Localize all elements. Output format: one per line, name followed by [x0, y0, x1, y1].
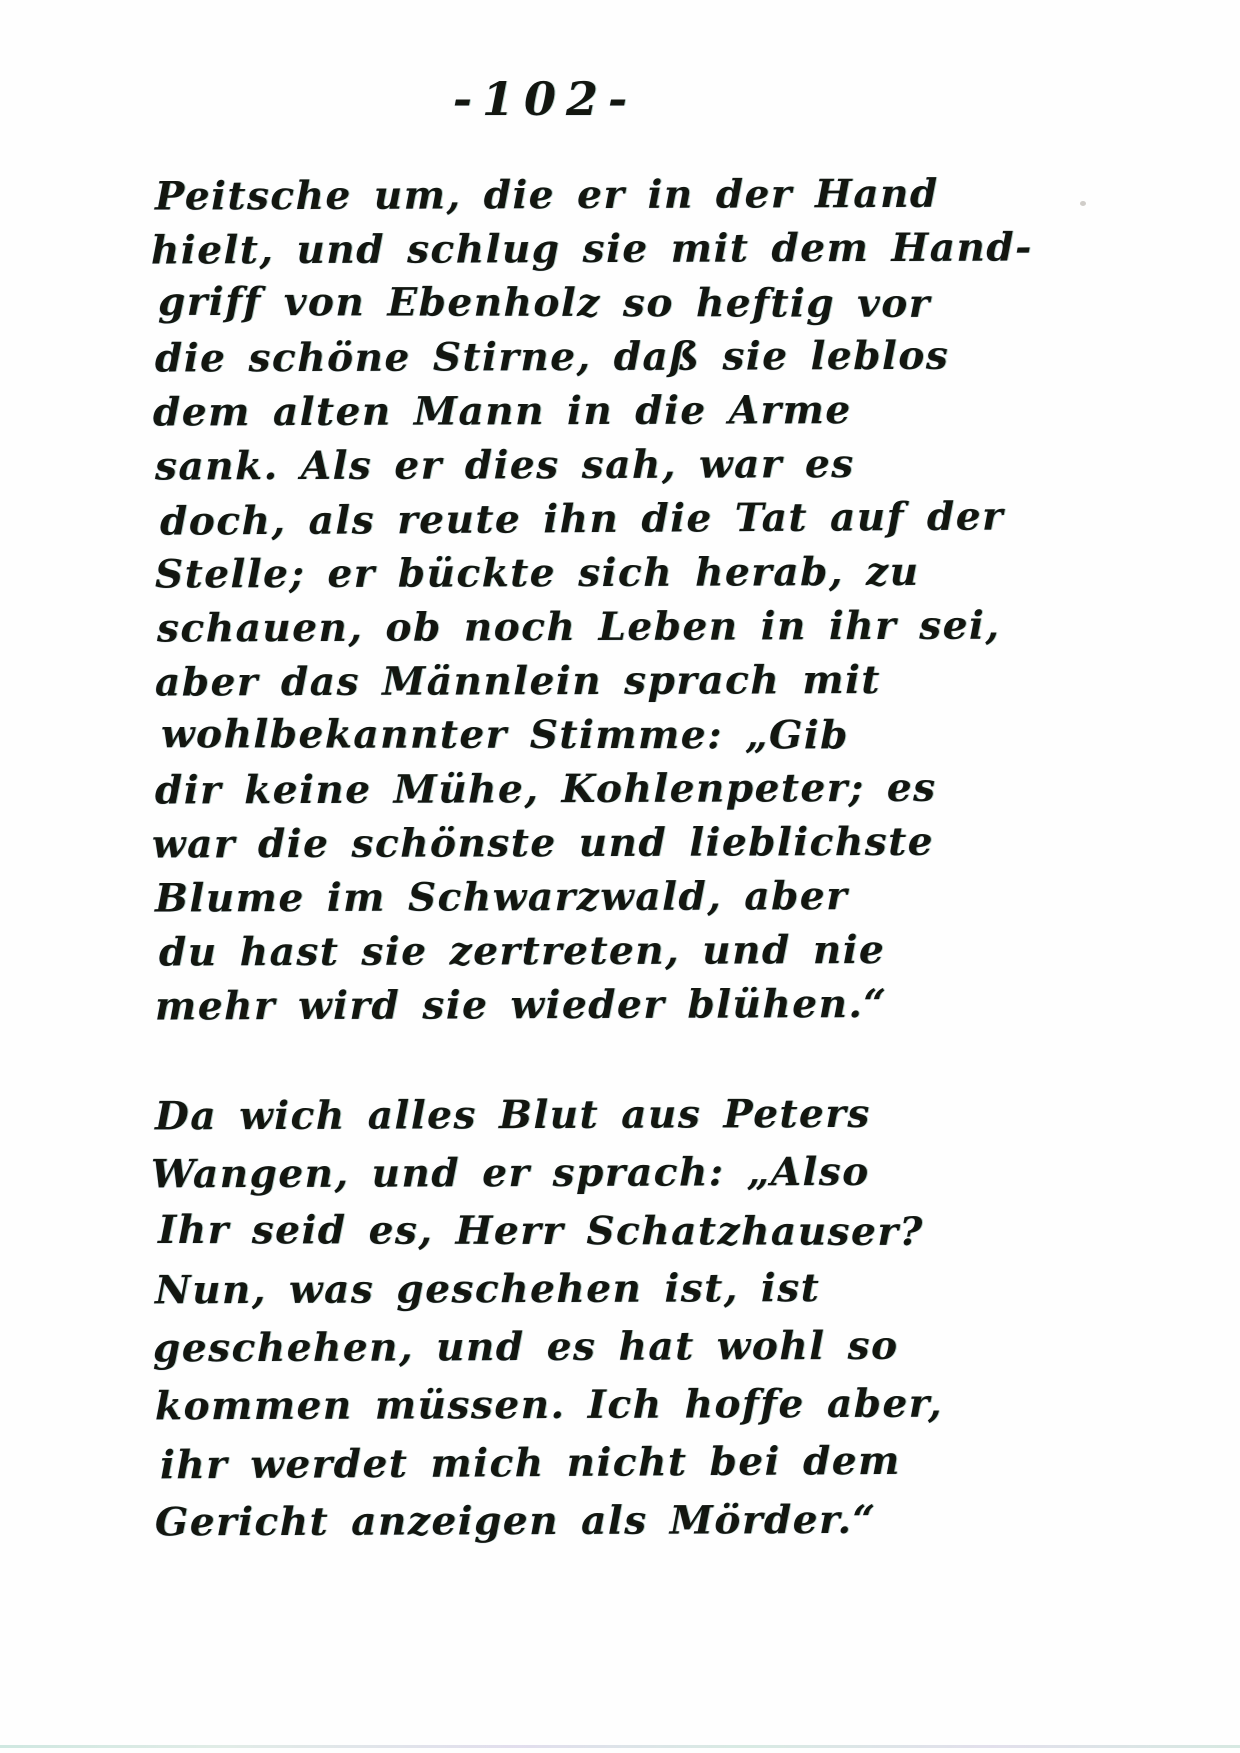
handwritten-line: Ihr seid es, Herr Schatzhauser? — [158, 1201, 943, 1261]
handwritten-line: dir keine Mühe, Kohlenpeter; es — [155, 760, 1033, 817]
handwritten-line: Peitsche um, die er in der Hand — [155, 166, 1033, 223]
handwritten-line: du hast sie zertreten, und nie — [159, 922, 1033, 979]
handwritten-line: Da wich alles Blut aus Peters — [155, 1085, 943, 1146]
handwritten-line: Stelle; er bückte sich herab, zu — [155, 544, 1033, 601]
handwritten-line: Gericht anzeigen als Mörder.“ — [155, 1491, 943, 1552]
handwritten-line: ihr werdet mich nicht bei dem — [160, 1432, 943, 1495]
handwritten-line: dem alten Mann in die Arme — [153, 382, 1033, 439]
dust-speck — [1080, 201, 1086, 206]
scanner-edge-artifact — [0, 1745, 1240, 1748]
handwritten-line: geschehen, und es hat wohl so — [153, 1317, 943, 1378]
handwritten-line: schauen, ob noch Leben in ihr sei, — [157, 598, 1033, 655]
handwritten-line: sank. Als er dies sah, war es — [155, 436, 1033, 493]
handwritten-line: Blume im Schwarzwald, aber — [155, 868, 1033, 925]
handwritten-line: hielt, und schlug sie mit dem Hand- — [151, 220, 1033, 277]
handwritten-line: war die schönste und lieblichste — [152, 814, 1033, 871]
paragraph-2: Da wich alles Blut aus Peters Wangen, un… — [155, 1086, 943, 1550]
handwritten-line: die schöne Stirne, daß sie leblos — [155, 328, 1033, 385]
page-number: -102- — [0, 72, 1090, 126]
paragraph-1: Peitsche um, die er in der Hand hielt, u… — [155, 168, 1033, 1032]
handwritten-line: doch, als reute ihn die Tat auf der — [160, 489, 1033, 548]
manuscript-page: -102- Peitsche um, die er in der Hand hi… — [0, 0, 1240, 1753]
handwritten-line: aber das Männlein sprach mit — [155, 652, 1033, 709]
handwritten-line: kommen müssen. Ich hoffe aber, — [155, 1375, 943, 1436]
handwritten-line: mehr wird sie wieder blühen.“ — [155, 976, 1033, 1033]
handwritten-line: wohlbekannter Stimme: „Gib — [161, 707, 1033, 763]
handwritten-line: Nun, was geschehen ist, ist — [155, 1259, 943, 1320]
handwritten-line: griff von Ebenholz so heftig vor — [158, 275, 1033, 331]
handwritten-line: Wangen, und er sprach: „Also — [151, 1143, 943, 1204]
